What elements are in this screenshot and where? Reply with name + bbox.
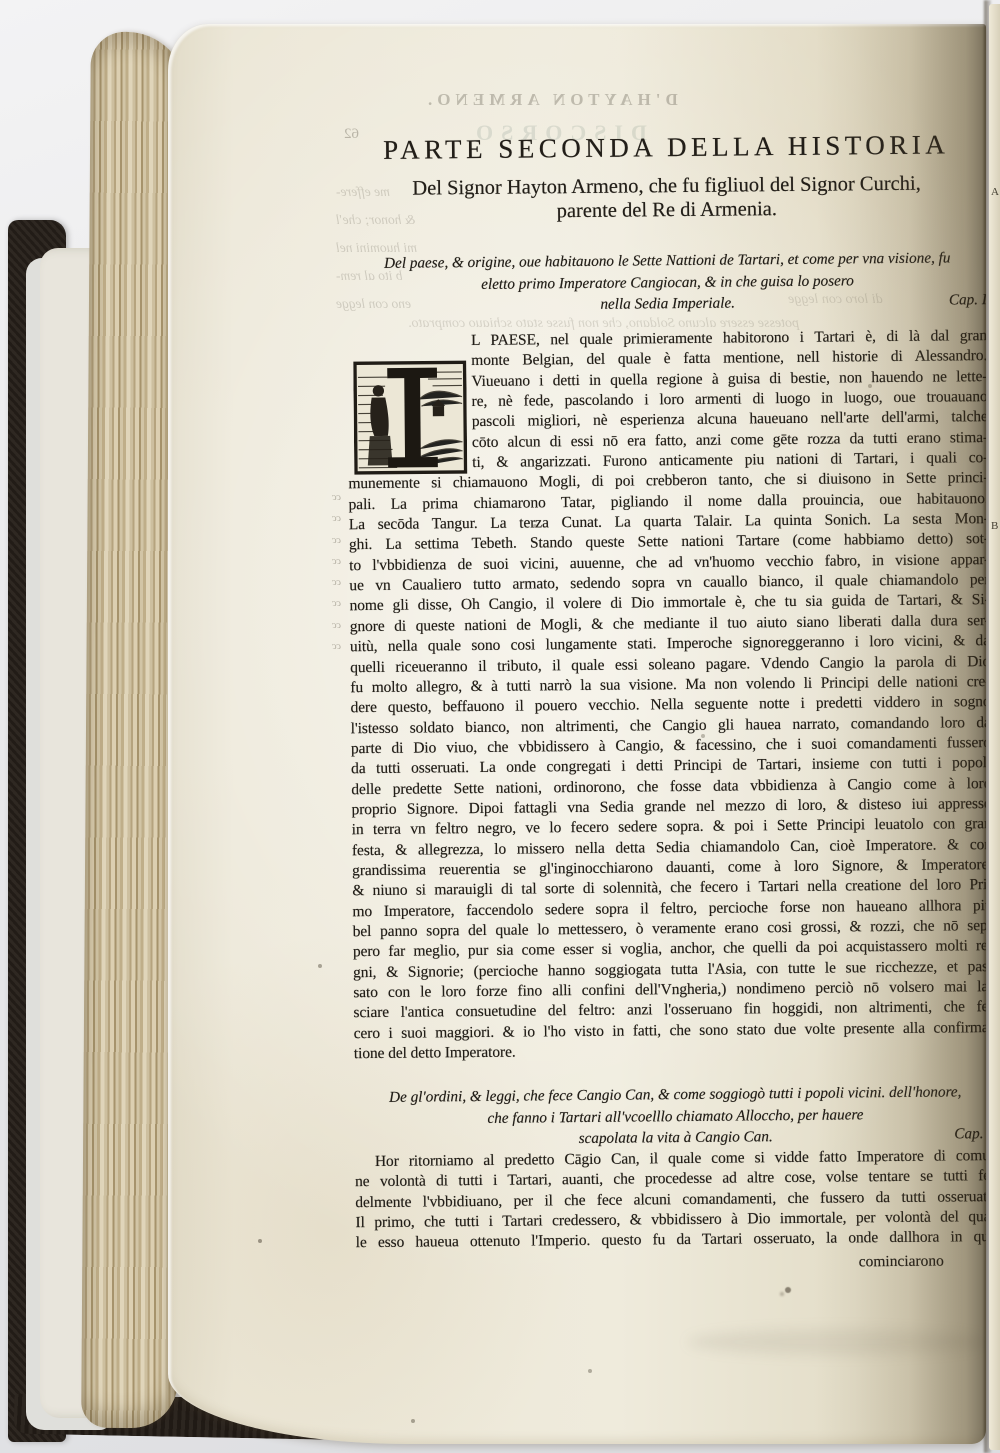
paper-smudge — [688, 1329, 986, 1355]
quote-mark: cc — [332, 556, 341, 577]
signature-mark-bottom: B — [991, 520, 998, 532]
quote-mark: cc — [332, 641, 341, 662]
quote-mark: cc — [332, 620, 341, 641]
quote-mark: cc — [332, 598, 341, 619]
paragraph-1: L PAESE, nel quale primieramente habitor… — [347, 327, 986, 1065]
text-block: PARTE SECONDA DELLA HISTORIA Del Signor … — [344, 24, 986, 25]
quote-mark: cc — [332, 535, 341, 556]
paper-speckles — [168, 24, 172, 28]
page-title: PARTE SECONDA DELLA HISTORIA — [345, 129, 986, 166]
chapter2-summary: De gl'ordini, & leggi, che fece Cangio C… — [354, 1081, 986, 1152]
marginal-quote-marks: cc cc cc cc cc cc cc cc — [332, 492, 341, 662]
paragraph-2: Hor ritorniamo al predetto Cāgio Can, il… — [355, 1147, 986, 1255]
facing-page-sliver: A B — [989, 4, 1000, 1450]
quote-mark: cc — [332, 513, 341, 534]
photographed-book-page: D'HAYTON ARMENO. 62 DISCORSO me effere- … — [0, 0, 1000, 1453]
catchword: cominciarono — [859, 1253, 944, 1272]
chapter1-cap-label: Cap. I. — [949, 291, 986, 309]
quote-mark: cc — [332, 577, 341, 598]
subtitle-line-2: parente del Re di Armenia. — [346, 196, 986, 225]
show-through-running-head: D'HAYTON ARMENO. — [423, 90, 678, 110]
signature-mark-top: A — [991, 186, 999, 198]
book-page: D'HAYTON ARMENO. 62 DISCORSO me effere- … — [168, 24, 986, 1444]
chapter1-summary: Del paese, & origine, oue habitauono le … — [346, 247, 986, 318]
quote-mark: cc — [332, 492, 341, 513]
chapter2-cap-label: Cap. 2. — [954, 1125, 986, 1143]
